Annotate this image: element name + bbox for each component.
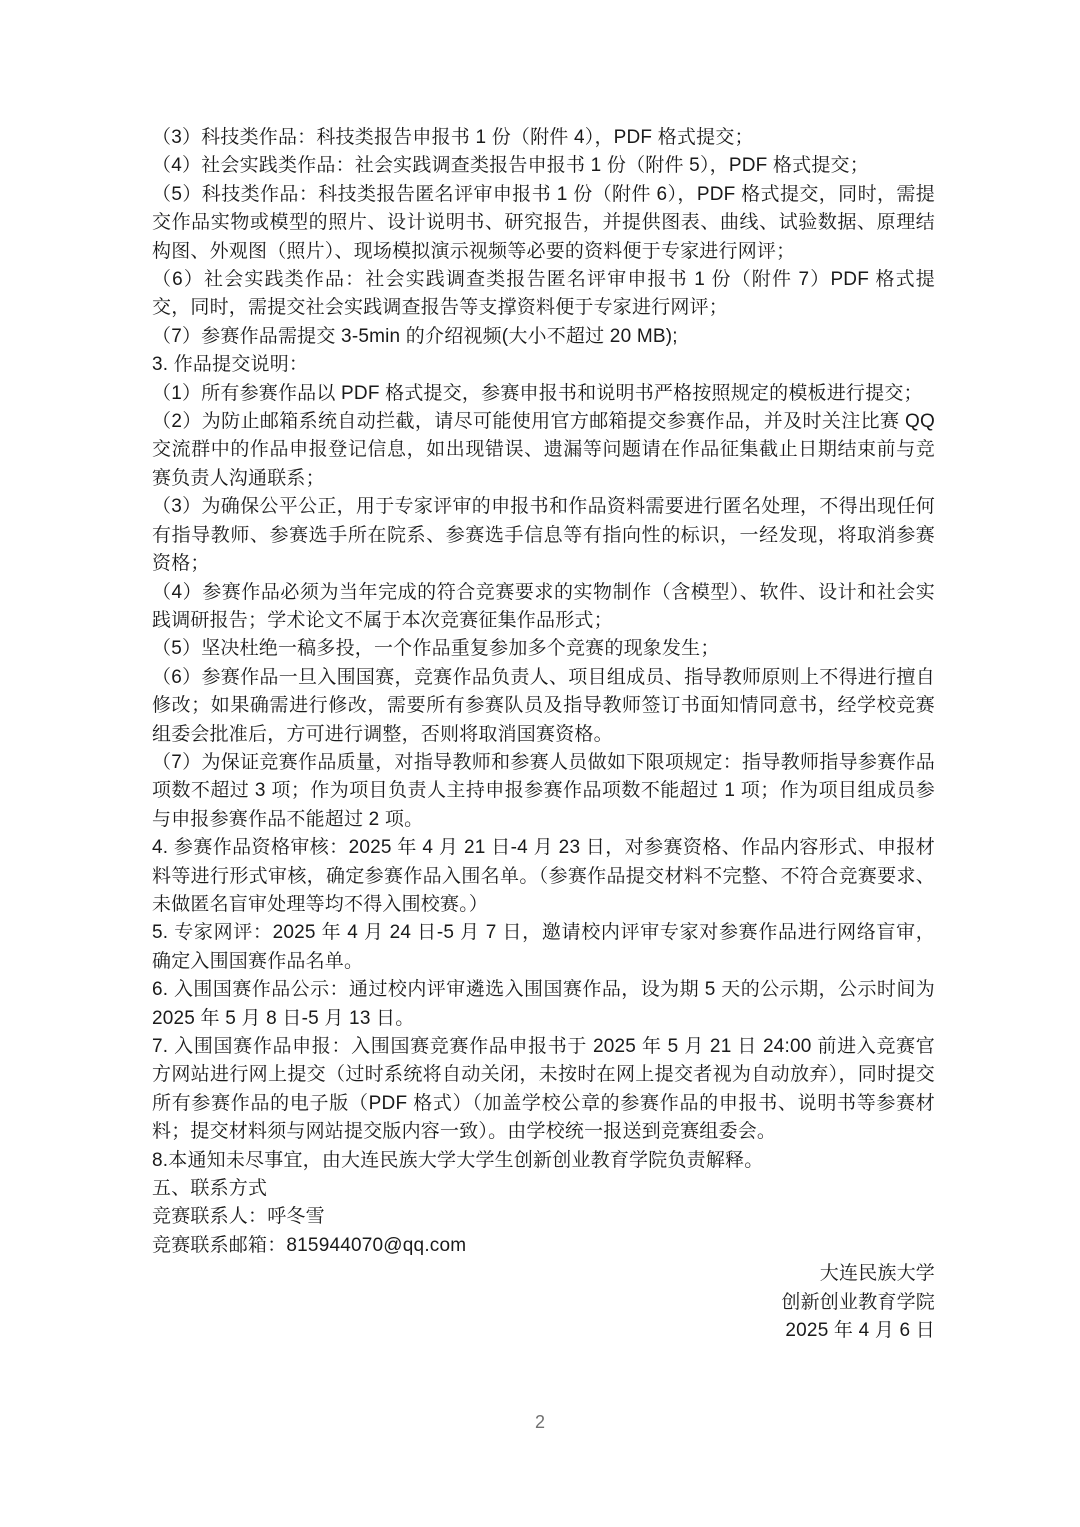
paragraph: 8.本通知未尽事宜，由大连民族大学大学生创新创业教育学院负责解释。 xyxy=(152,1147,935,1175)
signature-line-organization: 大连民族大学 xyxy=(152,1260,935,1288)
paragraph: （5）坚决杜绝一稿多投，一个作品重复参加多个竞赛的现象发生； xyxy=(152,635,935,663)
paragraph: （3）科技类作品：科技类报告申报书 1 份（附件 4），PDF 格式提交； xyxy=(152,124,935,152)
paragraph: 五、联系方式 xyxy=(152,1175,935,1203)
paragraph: （5）科技类作品：科技类报告匿名评审申报书 1 份（附件 6），PDF 格式提交… xyxy=(152,181,935,266)
signature-line-department: 创新创业教育学院 xyxy=(152,1289,935,1317)
paragraph: 6. 入围国赛作品公示：通过校内评审遴选入围国赛作品，设为期 5 天的公示期，公… xyxy=(152,976,935,1033)
document-body: （3）科技类作品：科技类报告申报书 1 份（附件 4），PDF 格式提交； （4… xyxy=(152,124,935,1345)
document-page: （3）科技类作品：科技类报告申报书 1 份（附件 4），PDF 格式提交； （4… xyxy=(0,0,1080,1527)
paragraph: （1）所有参赛作品以 PDF 格式提交，参赛申报书和说明书严格按照规定的模板进行… xyxy=(152,380,935,408)
paragraph: 竞赛联系人：呼冬雪 xyxy=(152,1203,935,1231)
paragraph: （6）参赛作品一旦入围国赛，竞赛作品负责人、项目组成员、指导教师原则上不得进行擅… xyxy=(152,664,935,749)
paragraph: 7. 入围国赛作品申报：入围国赛竞赛作品申报书于 2025 年 5 月 21 日… xyxy=(152,1033,935,1147)
paragraph: 4. 参赛作品资格审核：2025 年 4 月 21 日-4 月 23 日，对参赛… xyxy=(152,834,935,919)
paragraph: （7）为保证竞赛作品质量，对指导教师和参赛人员做如下限项规定：指导教师指导参赛作… xyxy=(152,749,935,834)
paragraph: （4）参赛作品必须为当年完成的符合竞赛要求的实物制作（含模型）、软件、设计和社会… xyxy=(152,579,935,636)
paragraph: （4）社会实践类作品：社会实践调查类报告申报书 1 份（附件 5），PDF 格式… xyxy=(152,152,935,180)
paragraph: 竞赛联系邮箱：815944070@qq.com xyxy=(152,1232,935,1260)
paragraph: （7）参赛作品需提交 3-5min 的介绍视频(大小不超过 20 MB); xyxy=(152,323,935,351)
paragraph: 5. 专家网评：2025 年 4 月 24 日-5 月 7 日，邀请校内评审专家… xyxy=(152,919,935,976)
paragraph: （3）为确保公平公正，用于专家评审的申报书和作品资料需要进行匿名处理，不得出现任… xyxy=(152,493,935,578)
paragraph: （2）为防止邮箱系统自动拦截，请尽可能使用官方邮箱提交参赛作品，并及时关注比赛 … xyxy=(152,408,935,493)
signature-line-date: 2025 年 4 月 6 日 xyxy=(152,1317,935,1345)
page-number: 2 xyxy=(0,1412,1080,1433)
paragraph: （6）社会实践类作品：社会实践调查类报告匿名评审申报书 1 份（附件 7）PDF… xyxy=(152,266,935,323)
paragraph: 3. 作品提交说明： xyxy=(152,351,935,379)
